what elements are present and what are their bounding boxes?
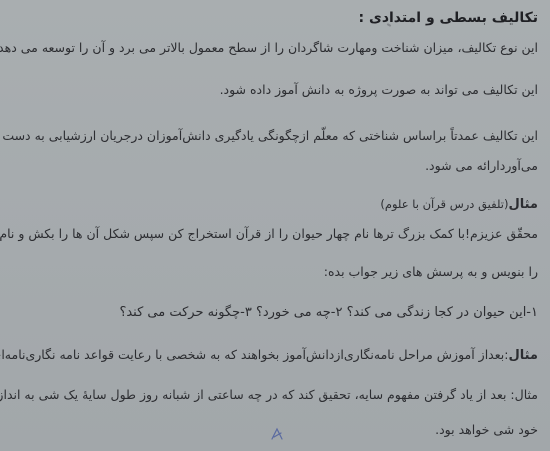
example-2-line: مثال:بعداز آموزش مراحل نامه‌نگاری‌ازدانش… — [0, 347, 538, 364]
paragraph-1-line-1: این نوع تکالیف، میزان شناخت ومهارت شاگرد… — [0, 40, 538, 56]
paragraph-3-line-2: می‌آوردارائه می شود. — [425, 158, 538, 174]
section-heading: تکالیف بسطی و امتدادی : — [359, 10, 538, 26]
example-1-label: مثال — [508, 197, 538, 212]
example-1-subtitle: (تلفیق درس قرآن با علوم) — [380, 197, 508, 211]
example-2-label: مثال — [508, 348, 538, 363]
paragraph-3-line-1: این تکالیف عمدتاً براساس شناختی که معلّم… — [2, 128, 538, 144]
paragraph-2-line-1: این تکالیف می تواند به صورت پروژه به دان… — [220, 82, 538, 98]
example-3-line-1: مثال: بعد از یاد گرفتن مفهوم سایه، تحقیق… — [0, 387, 538, 403]
example-2-text: :بعداز آموزش مراحل نامه‌نگاری‌ازدانش‌آمو… — [0, 347, 508, 362]
example-1-line-1: محقّق عزیزم!با کمک بزرگ ترها نام چهار حی… — [0, 226, 538, 242]
pen-check-mark-icon — [270, 425, 284, 441]
example-1-title: مثال(تلفیق درس قرآن با علوم) — [380, 196, 538, 213]
document-page: تکالیف بسطی و امتدادی : این نوع تکالیف، … — [0, 0, 550, 451]
example-1-questions: ۱-این حیوان در کجا زندگی می کند؟ ۲-چه می… — [119, 305, 538, 321]
example-1-line-2: را بنویس و به پرسش های زیر جواب بده: — [324, 264, 538, 280]
example-3-line-2: خود شی خواهد بود. — [435, 422, 538, 438]
